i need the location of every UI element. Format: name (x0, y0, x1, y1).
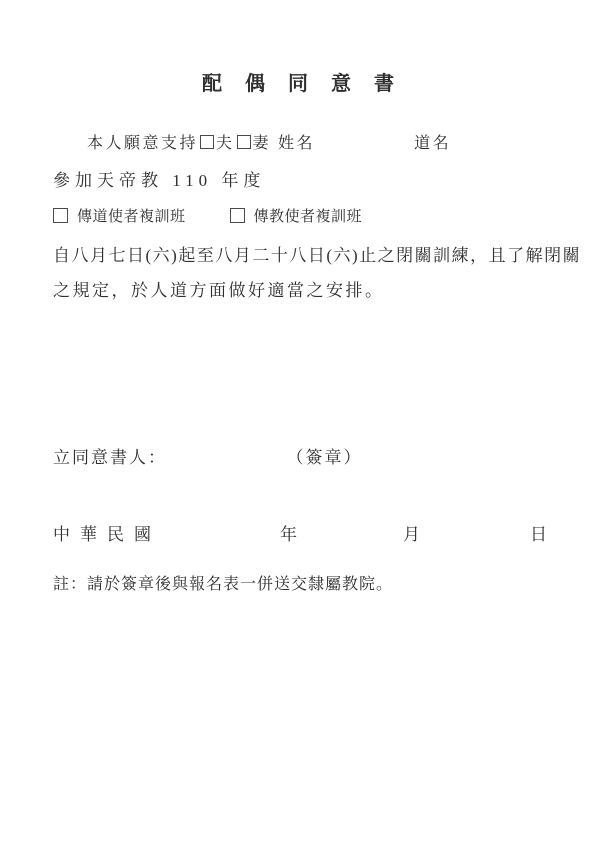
terms-line-1: 自八月七日(六)起至八月二十八日(六)止之閉關訓練，且了解閉關 (53, 247, 581, 264)
checkbox-wife[interactable] (237, 135, 251, 149)
seal-label: （簽章） (295, 448, 363, 467)
document-title: 配偶同意書 (0, 74, 596, 94)
chuandao-course-label: 傳道使者複訓班 (77, 209, 186, 225)
chuanjiao-course-label: 傳教使者複訓班 (254, 209, 363, 225)
document-page: 配偶同意書 本人願意支持夫妻姓名道名 參加天帝教 110 年度 傳道使者複訓班傳… (0, 0, 596, 842)
course-options-line: 傳道使者複訓班傳教使者複訓班 (53, 208, 362, 225)
participation-line: 參加天帝教 110 年度 (53, 172, 265, 189)
support-statement-line: 本人願意支持夫妻姓名道名 (87, 135, 451, 152)
support-text: 本人願意支持 (87, 135, 198, 152)
signer-line: 立同意書人：（簽章） (53, 449, 363, 466)
checkbox-chuandao-course[interactable] (53, 208, 68, 223)
year-label: 年 (280, 526, 297, 543)
name-field-label: 姓名 (278, 135, 315, 152)
checkbox-chuanjiao-course[interactable] (230, 208, 245, 223)
dao-name-field-label: 道名 (414, 135, 451, 152)
husband-label: 夫 (216, 135, 235, 152)
wife-label: 妻 (253, 135, 272, 152)
month-label: 月 (403, 526, 420, 543)
day-label: 日 (530, 526, 547, 543)
checkbox-husband[interactable] (200, 135, 214, 149)
signer-label: 立同意書人： (53, 448, 167, 467)
note-line: 註：請於簽章後與報名表一併送交隸屬教院。 (53, 577, 393, 593)
terms-line-2: 之規定，於人道方面做好適當之安排。 (53, 282, 385, 299)
era-label: 中華民國 (53, 526, 161, 543)
date-line: 中華民國 年 月 日 (0, 526, 596, 546)
